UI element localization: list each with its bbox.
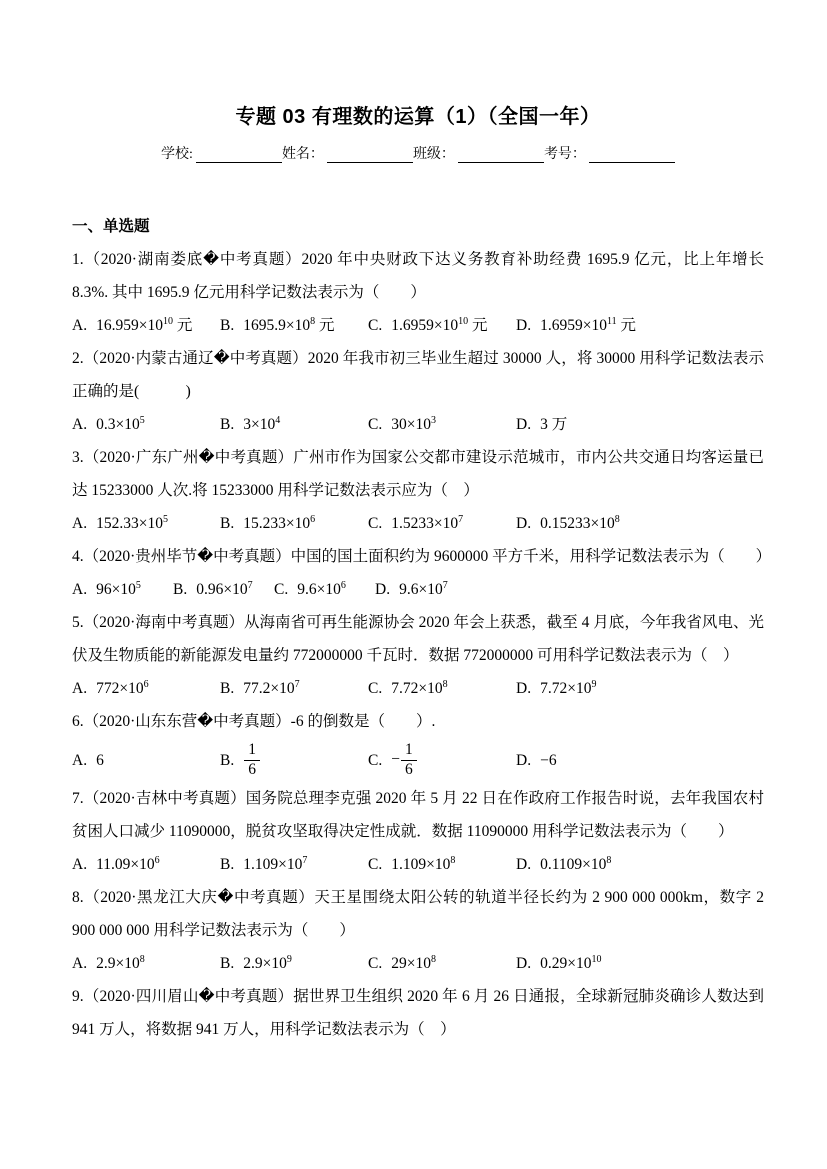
question-3: 3.（2020·广东广州�中考真题）广州市作为国家公交都市建设示范城市，市内公共… [72, 441, 764, 540]
field-class: 班级： [413, 143, 544, 163]
question-7-option-c: C.1.109×108 [368, 848, 516, 881]
question-7-option-d: D.0.1109×108 [516, 848, 664, 881]
field-examno-label: 考号： [544, 143, 586, 163]
question-8-option-d: D.0.29×1010 [516, 947, 664, 980]
fraction: 16 [401, 738, 417, 782]
question-1-option-a: A.16.959×1010 元 [72, 309, 220, 342]
question-6-options: A.6 B.16 C.−16 D.−6 [72, 738, 764, 782]
question-2-option-b: B.3×104 [220, 408, 368, 441]
field-class-blank [458, 145, 544, 163]
question-4-options: A.96×105 B.0.96×107 C.9.6×106 D.9.6×107 [72, 573, 764, 606]
question-3-option-d: D.0.15233×108 [516, 507, 664, 540]
field-school-label: 学校: [161, 143, 193, 163]
question-8-option-c: C.29×108 [368, 947, 516, 980]
question-5-options: A.772×106 B.77.2×107 C.7.72×108 D.7.72×1… [72, 672, 764, 705]
question-5-option-c: C.7.72×108 [368, 672, 516, 705]
question-6-option-b: B.16 [220, 738, 368, 782]
question-1-option-d: D.1.6959×1011 元 [516, 309, 664, 342]
question-6-option-c: C.−16 [368, 738, 516, 782]
question-8-option-b: B.2.9×109 [220, 947, 368, 980]
field-school-blank [196, 145, 282, 163]
question-8-option-a: A.2.9×108 [72, 947, 220, 980]
question-9: 9.（2020·四川眉山�中考真题）据世界卫生组织 2020 年 6 月 26 … [72, 980, 764, 1046]
question-6-option-a: A.6 [72, 744, 220, 777]
question-5-option-d: D.7.72×109 [516, 672, 664, 705]
question-3-option-b: B.15.233×106 [220, 507, 368, 540]
question-8-options: A.2.9×108 B.2.9×109 C.29×108 D.0.29×1010 [72, 947, 764, 980]
question-5: 5.（2020·海南中考真题）从海南省可再生能源协会 2020 年会上获悉，截至… [72, 606, 764, 705]
question-5-option-a: A.772×106 [72, 672, 220, 705]
question-8: 8.（2020·黑龙江大庆�中考真题）天王星围绕太阳公转的轨道半径长约为 2 9… [72, 881, 764, 980]
question-7: 7.（2020·吉林中考真题）国务院总理李克强 2020 年 5 月 22 日在… [72, 782, 764, 881]
section-title: 一、单选题 [72, 210, 764, 243]
question-1-option-b: B.1695.9×108 元 [220, 309, 368, 342]
question-4-text: 4.（2020·贵州毕节�中考真题）中国的国土面积约为 9600000 平方千米… [72, 540, 764, 573]
field-examno: 考号： [544, 143, 675, 163]
question-8-text: 8.（2020·黑龙江大庆�中考真题）天王星围绕太阳公转的轨道半径长约为 2 9… [72, 881, 764, 947]
header-fields: 学校: 姓名： 班级： 考号： [72, 143, 764, 163]
question-3-option-a: A.152.33×105 [72, 507, 220, 540]
question-7-option-b: B.1.109×107 [220, 848, 368, 881]
field-examno-blank [589, 145, 675, 163]
question-6-option-d: D.−6 [516, 744, 664, 777]
field-school: 学校: [161, 143, 282, 163]
question-1-options: A.16.959×1010 元 B.1695.9×108 元 C.1.6959×… [72, 309, 764, 342]
question-3-option-c: C.1.5233×107 [368, 507, 516, 540]
question-2-option-a: A.0.3×105 [72, 408, 220, 441]
question-5-text: 5.（2020·海南中考真题）从海南省可再生能源协会 2020 年会上获悉，截至… [72, 606, 764, 672]
question-4-option-a: A.96×105 [72, 573, 173, 606]
fraction: 16 [244, 738, 260, 782]
question-7-text: 7.（2020·吉林中考真题）国务院总理李克强 2020 年 5 月 22 日在… [72, 782, 764, 848]
question-2-option-d: D.3 万 [516, 408, 664, 441]
question-1: 1.（2020·湖南娄底�中考真题）2020 年中央财政下达义务教育补助经费 1… [72, 243, 764, 342]
question-2-option-c: C.30×103 [368, 408, 516, 441]
question-5-option-b: B.77.2×107 [220, 672, 368, 705]
question-1-text: 1.（2020·湖南娄底�中考真题）2020 年中央财政下达义务教育补助经费 1… [72, 243, 764, 309]
question-4-option-d: D.9.6×107 [375, 573, 476, 606]
question-4-option-b: B.0.96×107 [173, 573, 274, 606]
question-9-text: 9.（2020·四川眉山�中考真题）据世界卫生组织 2020 年 6 月 26 … [72, 980, 764, 1046]
question-7-option-a: A.11.09×106 [72, 848, 220, 881]
question-2-text: 2.（2020·内蒙古通辽�中考真题）2020 年我市初三毕业生超过 30000… [72, 342, 764, 408]
field-name: 姓名： [282, 143, 413, 163]
question-2: 2.（2020·内蒙古通辽�中考真题）2020 年我市初三毕业生超过 30000… [72, 342, 764, 441]
question-6: 6.（2020·山东东营�中考真题）-6 的倒数是（ ）. A.6 B.16 C… [72, 705, 764, 782]
question-4: 4.（2020·贵州毕节�中考真题）中国的国土面积约为 9600000 平方千米… [72, 540, 764, 606]
field-name-blank [327, 145, 413, 163]
question-7-options: A.11.09×106 B.1.109×107 C.1.109×108 D.0.… [72, 848, 764, 881]
question-4-option-c: C.9.6×106 [274, 573, 375, 606]
question-3-options: A.152.33×105 B.15.233×106 C.1.5233×107 D… [72, 507, 764, 540]
field-name-label: 姓名： [282, 143, 324, 163]
question-3-text: 3.（2020·广东广州�中考真题）广州市作为国家公交都市建设示范城市，市内公共… [72, 441, 764, 507]
question-6-text: 6.（2020·山东东营�中考真题）-6 的倒数是（ ）. [72, 705, 764, 738]
exam-paper: 专题 03 有理数的运算（1）（全国一年） 学校: 姓名： 班级： 考号： 一、… [0, 0, 827, 1046]
field-class-label: 班级： [413, 143, 455, 163]
page-title: 专题 03 有理数的运算（1）（全国一年） [72, 0, 764, 129]
question-1-option-c: C.1.6959×1010 元 [368, 309, 516, 342]
question-2-options: A.0.3×105 B.3×104 C.30×103 D.3 万 [72, 408, 764, 441]
